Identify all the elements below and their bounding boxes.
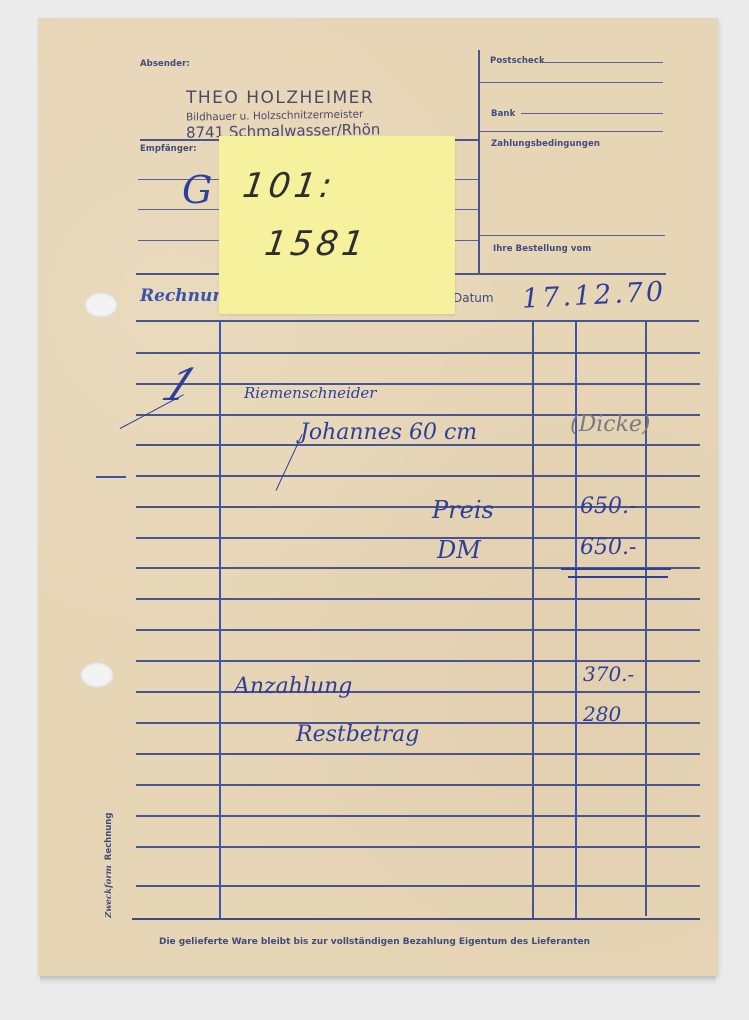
- punch-hole-bottom: [80, 662, 114, 688]
- price-label: Preis: [432, 496, 494, 524]
- fold-mark: [96, 476, 126, 478]
- bank-label: Bank: [491, 109, 515, 119]
- payment-terms-label: Zahlungsbedingungen: [491, 139, 600, 149]
- sticky-note-line2: 1581: [262, 224, 370, 264]
- sticky-note[interactable]: 101: 1581: [219, 136, 455, 314]
- sender-label: Absender:: [140, 59, 190, 69]
- order-label: Ihre Bestellung vom: [493, 244, 591, 254]
- price-value: 650.-: [580, 494, 636, 519]
- footer-retention-notice: Die gelieferte Ware bleibt bis zur volls…: [0, 937, 749, 947]
- stamp-name: THEO HOLZHEIMER: [186, 88, 374, 108]
- total-label: DM: [437, 536, 481, 564]
- postscheck-label: Postscheck: [490, 56, 545, 66]
- sticky-note-line1: 101:: [240, 166, 338, 206]
- side-print-script: Zweckform: [104, 865, 114, 918]
- side-print-brand: ZweckformRechnung: [104, 813, 114, 918]
- table-col-divider-cents: [645, 320, 647, 916]
- deposit-label: Anzahlung: [234, 674, 352, 699]
- total-underline-2: [568, 576, 668, 578]
- punch-hole-top: [84, 292, 118, 318]
- table-col-divider-description: [219, 320, 221, 919]
- item-description-line1: Riemenschneider: [244, 384, 376, 402]
- item-description-line2: Johannes 60 cm: [300, 420, 477, 445]
- header-vertical-divider: [478, 50, 480, 275]
- item-note: (Dicke): [570, 412, 651, 437]
- paper-shadow: [40, 976, 716, 986]
- total-underline-1: [561, 568, 671, 570]
- table-col-divider-price: [575, 320, 577, 918]
- total-value: 650.-: [580, 535, 636, 560]
- remaining-value: 280: [583, 702, 621, 726]
- deposit-value: 370.-: [583, 662, 634, 686]
- postscheck-line: [541, 62, 663, 63]
- side-print-text: Rechnung: [104, 813, 114, 861]
- remaining-label: Restbetrag: [296, 722, 419, 747]
- date-label: Datum: [453, 291, 494, 305]
- bank-line: [521, 113, 663, 114]
- recipient-handwriting: G: [182, 168, 212, 212]
- postscheck-line-2: [480, 82, 663, 83]
- table-col-divider-qty: [532, 320, 534, 918]
- bank-line-2: [480, 131, 663, 132]
- payment-terms-line: [480, 235, 665, 236]
- table-bottom-line: [132, 918, 700, 920]
- recipient-label: Empfänger:: [140, 144, 197, 154]
